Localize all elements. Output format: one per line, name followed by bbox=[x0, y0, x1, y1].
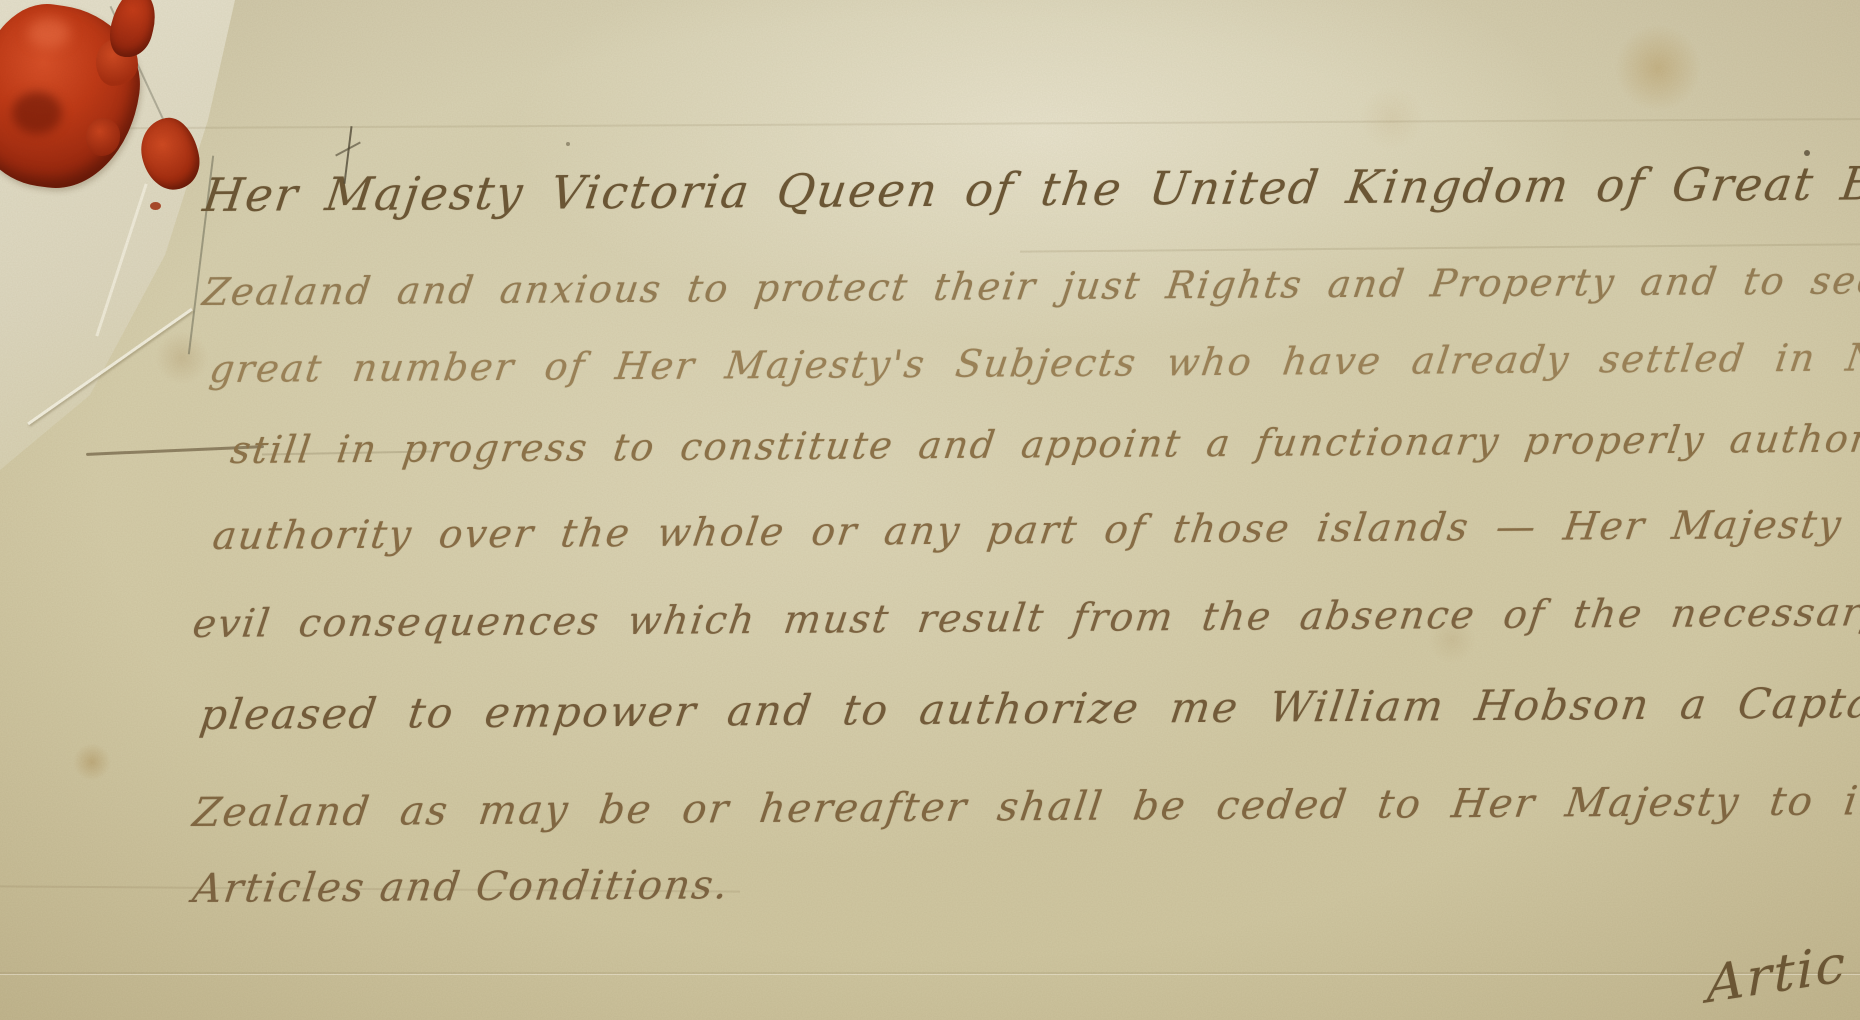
ink-cross-vertical-stroke bbox=[343, 126, 352, 184]
crease-line bbox=[1020, 243, 1860, 252]
crease-line bbox=[0, 118, 1860, 130]
manuscript-line: Zealand and anxious to protect their jus… bbox=[200, 258, 1860, 314]
wax-seal-crumb bbox=[150, 202, 161, 210]
manuscript-line: pleased to empower and to authorize me W… bbox=[197, 678, 1860, 739]
manuscript-line: evil consequences which must result from… bbox=[190, 590, 1860, 647]
manuscript-line: great number of Her Majesty's Subjects w… bbox=[207, 335, 1860, 391]
manuscript-line: Zealand as may be or hereafter shall be … bbox=[190, 778, 1860, 836]
ink-speck bbox=[1804, 150, 1810, 156]
wax-seal-highlight bbox=[28, 18, 70, 48]
crease-line bbox=[0, 972, 1860, 974]
manuscript-line: Articles and Conditions. bbox=[190, 862, 732, 912]
manuscript-line: authority over the whole or any part of … bbox=[210, 502, 1860, 559]
manuscript-line: still in progress to constitute and appo… bbox=[228, 416, 1860, 472]
manuscript-page: Her Majesty Victoria Queen of the United… bbox=[0, 0, 1860, 1020]
manuscript-line: Her Majesty Victoria Queen of the United… bbox=[200, 156, 1860, 222]
ink-cross-mark bbox=[338, 126, 358, 186]
ink-speck bbox=[566, 142, 570, 146]
wax-seal-shadow-mottle bbox=[12, 92, 62, 134]
corner-text-fragment: Artic bbox=[1706, 934, 1847, 1015]
